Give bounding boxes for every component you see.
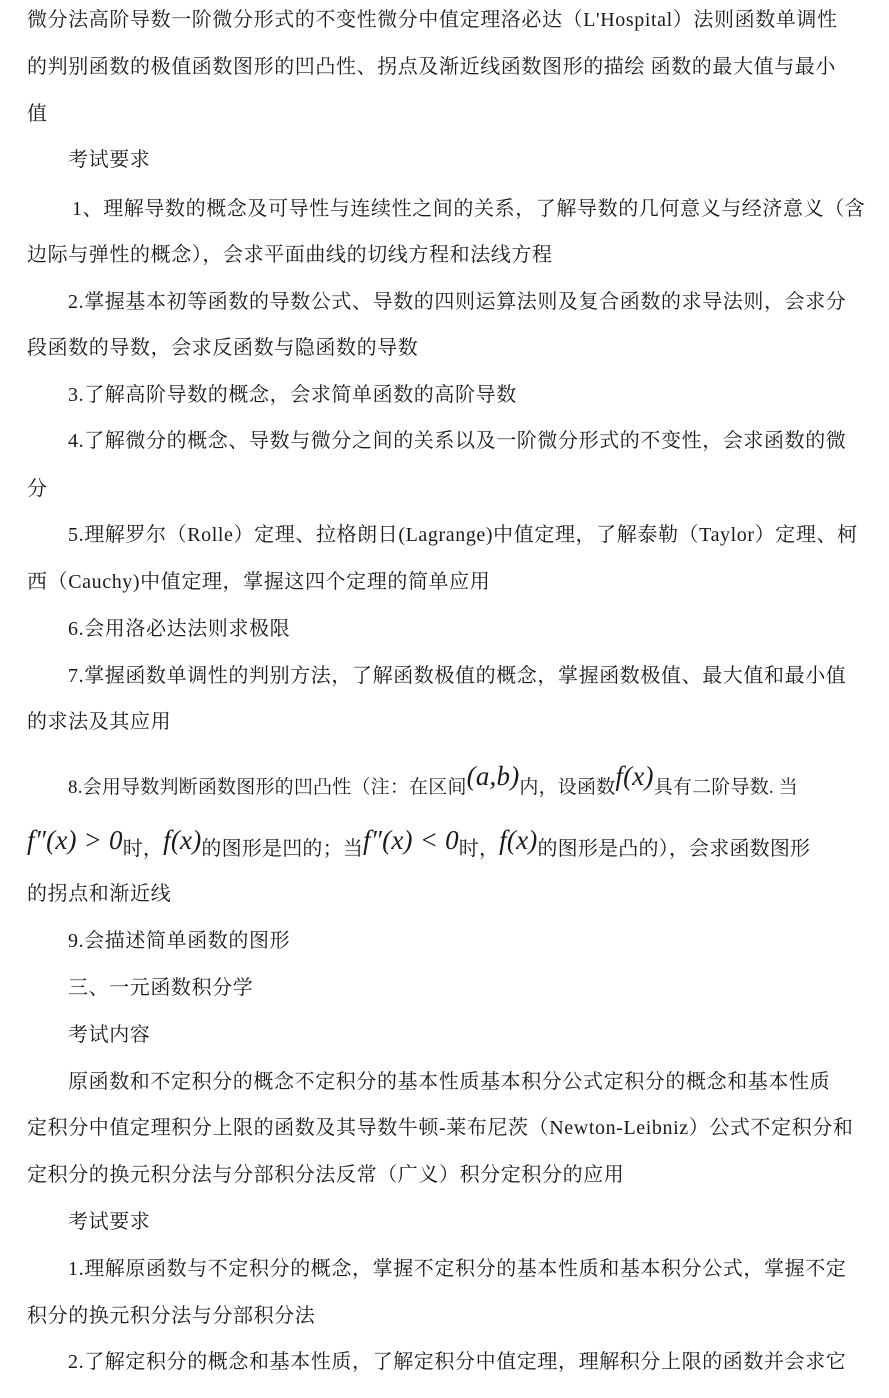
text-line: 9.会描述简单函数的图形 — [68, 929, 889, 953]
text-line: 2.了解定积分的概念和基本性质，了解定积分中值定理，理解积分上限的函数并会求它 — [68, 1350, 889, 1374]
text-line: 原函数和不定积分的概念不定积分的基本性质基本积分公式定积分的概念和基本性质 — [68, 1070, 889, 1094]
text-line: 西（Cauchy)中值定理，掌握这四个定理的简单应用 — [27, 570, 867, 594]
text-span: 时， — [123, 838, 163, 860]
math-interval: (a,b) — [467, 761, 520, 791]
text-line: 分 — [27, 477, 867, 501]
text-line: 7.掌握函数单调性的判别方法，了解函数极值的概念，掌握函数极值、最大值和最小值 — [68, 664, 889, 688]
math-condition-negative: f″(x) < 0 — [363, 825, 459, 855]
math-fx: f(x) — [499, 825, 537, 855]
math-fx: f(x) — [615, 761, 653, 791]
text-line: 3.了解高阶导数的概念，会求简单函数的高阶导数 — [68, 383, 889, 407]
text-line: 5.理解罗尔（Rolle）定理、拉格朗日(Lagrange)中值定理，了解泰勒（… — [68, 523, 889, 547]
text-line: 的求法及其应用 — [27, 710, 867, 734]
section-heading: 考试要求 — [68, 148, 889, 172]
section-heading: 考试内容 — [68, 1023, 889, 1047]
math-condition-positive: f″(x) > 0 — [27, 825, 123, 855]
text-line: 边际与弹性的概念），会求平面曲线的切线方程和法线方程 — [27, 243, 867, 267]
text-span: 内，设函数 — [519, 777, 615, 798]
text-line: 定积分中值定理积分上限的函数及其导数牛顿-莱布尼茨（Newton-Leibniz… — [27, 1116, 867, 1140]
item8-line1: 8.会用导数判断函数图形的凹凸性（注：在区间(a,b)内，设函数f(x)具有二阶… — [68, 772, 889, 800]
text-line: 定积分的换元积分法与分部积分法反常（广义）积分定积分的应用 — [27, 1163, 867, 1187]
text-line: 4.了解微分的概念、导数与微分之间的关系以及一阶微分形式的不变性，会求函数的微 — [68, 429, 889, 453]
text-span: 具有二阶导数. 当 — [654, 777, 798, 798]
section-heading: 考试要求 — [68, 1210, 889, 1234]
item8-line2: f″(x) > 0时，f(x)的图形是凹的；当f″(x) < 0时，f(x)的图… — [27, 828, 867, 855]
text-line: 6.会用洛必达法则求极限 — [68, 617, 889, 641]
text-span: 时， — [459, 838, 499, 860]
text-line: 值 — [27, 102, 867, 126]
text-span: 的图形是凸的），会求函数图形 — [537, 838, 810, 860]
section-heading: 三、一元函数积分学 — [68, 976, 889, 1000]
text-line: 的判别函数的极值函数图形的凹凸性、拐点及渐近线函数图形的描绘 函数的最大值与最小 — [27, 55, 867, 79]
math-fx: f(x) — [163, 825, 201, 855]
document-page: 微分法高阶导数一阶微分形式的不变性微分中值定理洛必达（L'Hospital）法则… — [0, 0, 889, 1398]
text-span: 的图形是凹的；当 — [201, 838, 363, 860]
text-line: 1.理解原函数与不定积分的概念，掌握不定积分的基本性质和基本积分公式，掌握不定 — [68, 1257, 889, 1281]
text-line: 1、理解导数的概念及可导性与连续性之间的关系，了解导数的几何意义与经济意义（含 — [72, 197, 889, 221]
text-line: 积分的换元积分法与分部积分法 — [27, 1304, 867, 1328]
text-line: 微分法高阶导数一阶微分形式的不变性微分中值定理洛必达（L'Hospital）法则… — [27, 8, 867, 32]
text-span: 8.会用导数判断函数图形的凹凸性（注：在区间 — [68, 777, 467, 798]
text-line: 的拐点和渐近线 — [27, 882, 867, 906]
text-line: 段函数的导数，会求反函数与隐函数的导数 — [27, 336, 867, 360]
text-line: 2.掌握基本初等函数的导数公式、导数的四则运算法则及复合函数的求导法则，会求分 — [68, 290, 889, 314]
